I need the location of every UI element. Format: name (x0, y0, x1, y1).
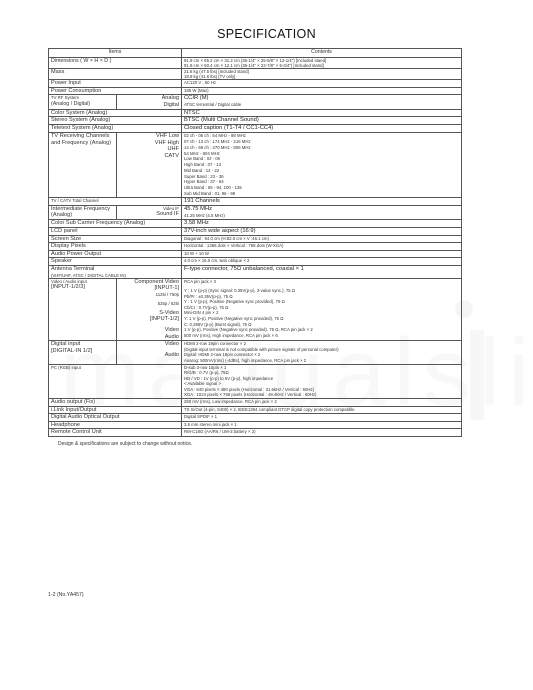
contents-mass: 21.6 kg (47.5 lbs) [Included stand] 18.9… (182, 69, 462, 80)
contents-lcd-panel: 37V-inch wide aspect (16:9) (182, 227, 462, 235)
page-title: SPECIFICATION (0, 27, 533, 41)
sub-line: Component Video (119, 279, 179, 286)
table-row: Stereo System (Analog) BTSC (Multi Chann… (49, 117, 462, 125)
contents-stereo-system: BTSC (Multi Channel Sound) (182, 117, 462, 125)
item-tv-receiving: TV Receiving Channels and Frequency (Ana… (49, 133, 117, 198)
table-row: Dimensions ( W × H × D ) 91.9 cm × 65.2 … (49, 58, 462, 69)
sub-line: VHF High (119, 140, 179, 147)
item-lcd-panel: LCD panel (49, 227, 182, 235)
sub-tv-rf-system: Analog Digital (117, 95, 182, 109)
item-video-audio-input: Video / Audio input [INPUT-1/2/3] (49, 278, 117, 341)
table-row: LCD panel 37V-inch wide aspect (16:9) (49, 227, 462, 235)
item-pc-input: PC (RGB) input (49, 364, 182, 398)
item-audio-power: Audio Power Output (49, 250, 182, 258)
item-antenna: Antenna Terminal (VHF/UHF, ATSC / DIGITA… (49, 265, 182, 278)
item-line: (Analog) (51, 212, 114, 219)
content-line: ATSC terrestrial / Digital cable (184, 102, 459, 107)
item-intermediate-freq: Intermediate Frequency (Analog) (49, 205, 117, 219)
sub-line: Audio (119, 334, 179, 341)
item-digital-audio-optical: Digital Audio Optical Output (49, 414, 182, 422)
item-headphone: Headphone (49, 421, 182, 429)
table-row: Digital input [DIGITAL-IN 1/2] Video Aud… (49, 341, 462, 364)
table-row: Digital Audio Optical Output Digital SPD… (49, 414, 462, 422)
item-line: and Frequency (Analog) (51, 140, 114, 147)
table-row: Speaker 4.0 cm × 16.0 cm, twin oblique ×… (49, 258, 462, 266)
item-total-channel: TV / CATV Total Channel (49, 197, 182, 205)
item-ilink: i.Link Input/Output (49, 406, 182, 414)
content-line: 500 mV (rms), High impedance, RCA pin ja… (184, 333, 459, 339)
sub-line: CATV (119, 153, 179, 160)
item-power-consumption: Power Consumption (49, 87, 182, 95)
content-line: Anarog: 500mV(rms) (-4dBs), high impedan… (184, 358, 459, 364)
sub-video-audio-input: Component Video [INPUT-1] 1125i / 750p 5… (117, 278, 182, 341)
contents-headphone: 3.5 mm stereo mini jack × 1 (182, 421, 462, 429)
table-row: Headphone 3.5 mm stereo mini jack × 1 (49, 421, 462, 429)
contents-color-system: NTSC (182, 109, 462, 117)
table-row: Antenna Terminal (VHF/UHF, ATSC / DIGITA… (49, 265, 462, 278)
content-line: 18.9 kg (41.6 lbs) [TV only] (184, 74, 459, 79)
contents-video-audio-input: RCA pin jack × 3 Y : 1 V (p-p) (Sync sig… (182, 278, 462, 341)
contents-color-sub-carrier: 3.58 MHz (182, 219, 462, 227)
content-line: Sub Mid Band : 01, 96 - 99 (184, 191, 459, 197)
sub-line: [INPUT-1] (119, 285, 179, 292)
specification-table: Items Contents Dimensions ( W × H × D ) … (48, 48, 462, 437)
table-row: TV / CATV Total Channel 191 Channels (49, 197, 462, 205)
contents-antenna: F-type connector, 75Ω unbalanced, coaxia… (182, 265, 462, 278)
item-line: [INPUT-1/2/3] (51, 284, 114, 291)
sub-line: Video (119, 341, 179, 348)
table-row: Mass 21.6 kg (47.5 lbs) [Included stand]… (49, 69, 462, 80)
table-row: Power Consumption 185 W (Max) (49, 87, 462, 95)
sub-digital-input: Video Audio (117, 341, 182, 364)
sub-line: [INPUT-1/2] (119, 316, 179, 323)
sub-line: Audio (119, 352, 179, 359)
contents-display-pixels: Horizontal : 1366 dots × Vertical : 768 … (182, 243, 462, 251)
table-row: Video / Audio input [INPUT-1/2/3] Compon… (49, 278, 462, 341)
item-line: Digital input (51, 341, 114, 348)
table-row: i.Link Input/Output TS In/Out (4-pin, S4… (49, 406, 462, 414)
sub-line: UHF (119, 146, 179, 153)
content-line: CCIR (M) (184, 95, 459, 102)
content-line: 45.75 MHz (184, 206, 459, 213)
header-items: Items (49, 49, 182, 58)
sub-line: Sound IF (119, 211, 179, 218)
disclaimer-note: Design & specifications are subject to c… (58, 441, 192, 447)
table-row: Color System (Analog) NTSC (49, 109, 462, 117)
table-row: Intermediate Frequency (Analog) Video IF… (49, 205, 462, 219)
item-tv-rf-system: TV RF System (Analog / Digital) (49, 95, 117, 109)
contents-audio-power: 10 W + 10 W (182, 250, 462, 258)
item-line: Antenna Terminal (51, 266, 179, 273)
item-audio-output: Audio output (Fix) (49, 399, 182, 407)
header-contents: Contents (182, 49, 462, 58)
table-row: PC (RGB) input D-sub 3-row 15pin × 1 R/G… (49, 364, 462, 398)
contents-intermediate-freq: 45.75 MHz 41.25 MHz (4.5 MHz) (182, 205, 462, 219)
contents-digital-input: HDMI 2-row 19pin connector × 2 (Digital-… (182, 341, 462, 364)
item-teletext-system: Teletext System (Analog) (49, 125, 182, 133)
item-stereo-system: Stereo System (Analog) (49, 117, 182, 125)
sub-tv-receiving: VHF Low VHF High UHF CATV (117, 133, 182, 198)
item-screen-size: Screen Size (49, 235, 182, 243)
sub-line: Video (119, 327, 179, 334)
item-display-pixels: Display Pixels (49, 243, 182, 251)
table-row: Display Pixels Horizontal : 1366 dots × … (49, 243, 462, 251)
table-row: Color Sub Carrier Frequency (Analog) 3.5… (49, 219, 462, 227)
sub-line: Analog (119, 95, 179, 102)
table-row: Audio Power Output 10 W + 10 W (49, 250, 462, 258)
item-power-input: Power Input (49, 80, 182, 88)
contents-remote: RM-C18G (AA/R6 / UM-3 battery × 2) (182, 429, 462, 437)
contents-tv-receiving: 02 ch - 06 ch : 54 MHz - 88 MHz 07 ch - … (182, 133, 462, 198)
item-color-sub-carrier: Color Sub Carrier Frequency (Analog) (49, 219, 182, 227)
item-line: (VHF/UHF, ATSC / DIGITAL CABLE IN) (51, 273, 179, 278)
contents-ilink: TS In/Out (4-pin, S400) × 2, IEEE1394 co… (182, 406, 462, 414)
contents-dimensions: 91.9 cm × 65.2 cm × 31.2 cm (36-1/4" × 2… (182, 58, 462, 69)
item-remote: Remote Control Unit (49, 429, 182, 437)
contents-power-consumption: 185 W (Max) (182, 87, 462, 95)
item-line: TV Receiving Channels (51, 133, 114, 140)
table-row: Audio output (Fix) 250 mV (rms), Low imp… (49, 399, 462, 407)
contents-pc-input: D-sub 3-row 15pin × 1 R/G/B : 0.7V (p-p)… (182, 364, 462, 398)
content-line: XGA : 1024 pixels × 768 pixels (Horizont… (184, 392, 459, 398)
table-row: Power Input AC120 V , 60 Hz (49, 80, 462, 88)
table-row: Teletext System (Analog) Closed caption … (49, 125, 462, 133)
item-mass: Mass (49, 69, 182, 80)
item-line: (Analog / Digital) (51, 101, 114, 107)
contents-tv-rf-system: CCIR (M) ATSC terrestrial / Digital cabl… (182, 95, 462, 109)
item-line: Intermediate Frequency (51, 206, 114, 213)
table-row: TV Receiving Channels and Frequency (Ana… (49, 133, 462, 198)
item-line: [DIGITAL-IN 1/2] (51, 348, 114, 355)
contents-total-channel: 191 Channels (182, 197, 462, 205)
sub-line: Digital (119, 102, 179, 109)
item-dimensions: Dimensions ( W × H × D ) (49, 58, 182, 69)
table-header-row: Items Contents (49, 49, 462, 58)
contents-digital-audio-optical: Digital SPDIF × 1 (182, 414, 462, 422)
sub-line: S-Video (119, 310, 179, 317)
item-digital-input: Digital input [DIGITAL-IN 1/2] (49, 341, 117, 364)
table-row: Remote Control Unit RM-C18G (AA/R6 / UM-… (49, 429, 462, 437)
contents-power-input: AC120 V , 60 Hz (182, 80, 462, 88)
contents-teletext-system: Closed caption (T1-T4 / CC1-CC4) (182, 125, 462, 133)
content-line: 91.9 cm × 60.4 cm × 12.1 cm (36-1/4" × 2… (184, 63, 459, 68)
contents-speaker: 4.0 cm × 16.0 cm, twin oblique × 2 (182, 258, 462, 266)
item-color-system: Color System (Analog) (49, 109, 182, 117)
item-speaker: Speaker (49, 258, 182, 266)
contents-audio-output: 250 mV (rms), Low impedance, RCA pin jac… (182, 399, 462, 407)
sub-intermediate-freq: Video IF Sound IF (117, 205, 182, 219)
watermark-bar (470, 330, 484, 420)
page-footer: 1-2 (No.YA457) (48, 592, 84, 598)
sub-line: VHF Low (119, 133, 179, 140)
content-line: 41.25 MHz (4.5 MHz) (184, 213, 459, 218)
table-row: TV RF System (Analog / Digital) Analog D… (49, 95, 462, 109)
contents-screen-size: Diagonal : 94.0 cm (H:82.0 cm × V :46.1 … (182, 235, 462, 243)
table-row: Screen Size Diagonal : 94.0 cm (H:82.0 c… (49, 235, 462, 243)
